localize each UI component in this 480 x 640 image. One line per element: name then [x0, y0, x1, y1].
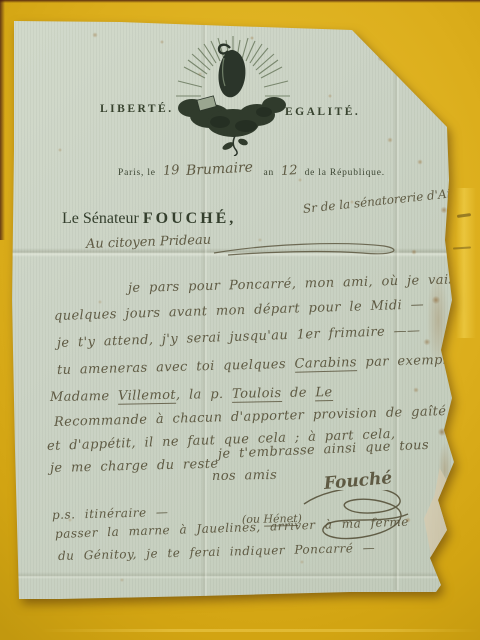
letter-document: LIBERTÉ. EGALITÉ.: [0, 0, 480, 640]
body-line: je pars pour Poncarré, mon ami, où je va…: [128, 271, 480, 296]
sender-handwritten-title: Sr de la sénatorerie d'Aix: [302, 186, 458, 216]
liberty-cap-emblem-icon: [162, 34, 304, 156]
body-line: quelques jours avant mon départ pour le …: [54, 297, 425, 324]
body-segment: Madame: [50, 389, 118, 405]
dateline: Paris, le 19 Brumaire an 12 de la Républ…: [118, 162, 385, 180]
body-segment: par exemple: [357, 353, 456, 371]
dateline-an-label: an: [263, 168, 274, 178]
dateline-place: Paris, le: [118, 168, 156, 178]
sender-printed-name: FOUCHÉ,: [143, 210, 236, 227]
dateline-day-handwritten: 19: [162, 163, 180, 179]
body-line: Madame Villemot, la p. Toulois de Le: [50, 385, 333, 405]
pen-flourish: [212, 239, 412, 261]
torn-edge-flap: [424, 468, 450, 560]
sender-printed-lead: Le Sénateur: [62, 210, 143, 227]
fold-crease-horizontal: [14, 572, 439, 579]
dateline-year-handwritten: 12: [281, 163, 298, 179]
body-segment: Carabins: [294, 355, 357, 373]
closing-line: nos amis: [212, 468, 277, 484]
body-segment: , la p.: [176, 387, 232, 403]
dateline-month-handwritten: Brumaire: [186, 160, 254, 179]
body-segment: Toulois: [232, 386, 282, 403]
body-line: je t'y attend, j'y serai jusqu'au 1er fr…: [57, 323, 421, 351]
dateline-suffix: de la République.: [305, 168, 385, 178]
ps-line: du Génitoy, je te ferai indiquer Poncarr…: [58, 541, 376, 563]
body-line: je me charge du reste: [50, 457, 219, 476]
body-segment: Le: [315, 385, 332, 401]
ps-line: p.s. itinéraire —: [52, 505, 169, 522]
paper-shadow-wrap: LIBERTÉ. EGALITÉ.: [0, 0, 480, 640]
sender-line: Le Sénateur FOUCHÉ,: [62, 210, 236, 228]
body-segment: tu ameneras avec toi quelques: [57, 357, 295, 378]
body-segment: de: [281, 385, 315, 401]
photo-of-letter: LIBERTÉ. EGALITÉ.: [0, 0, 480, 640]
body-segment: Villemot: [118, 388, 176, 405]
